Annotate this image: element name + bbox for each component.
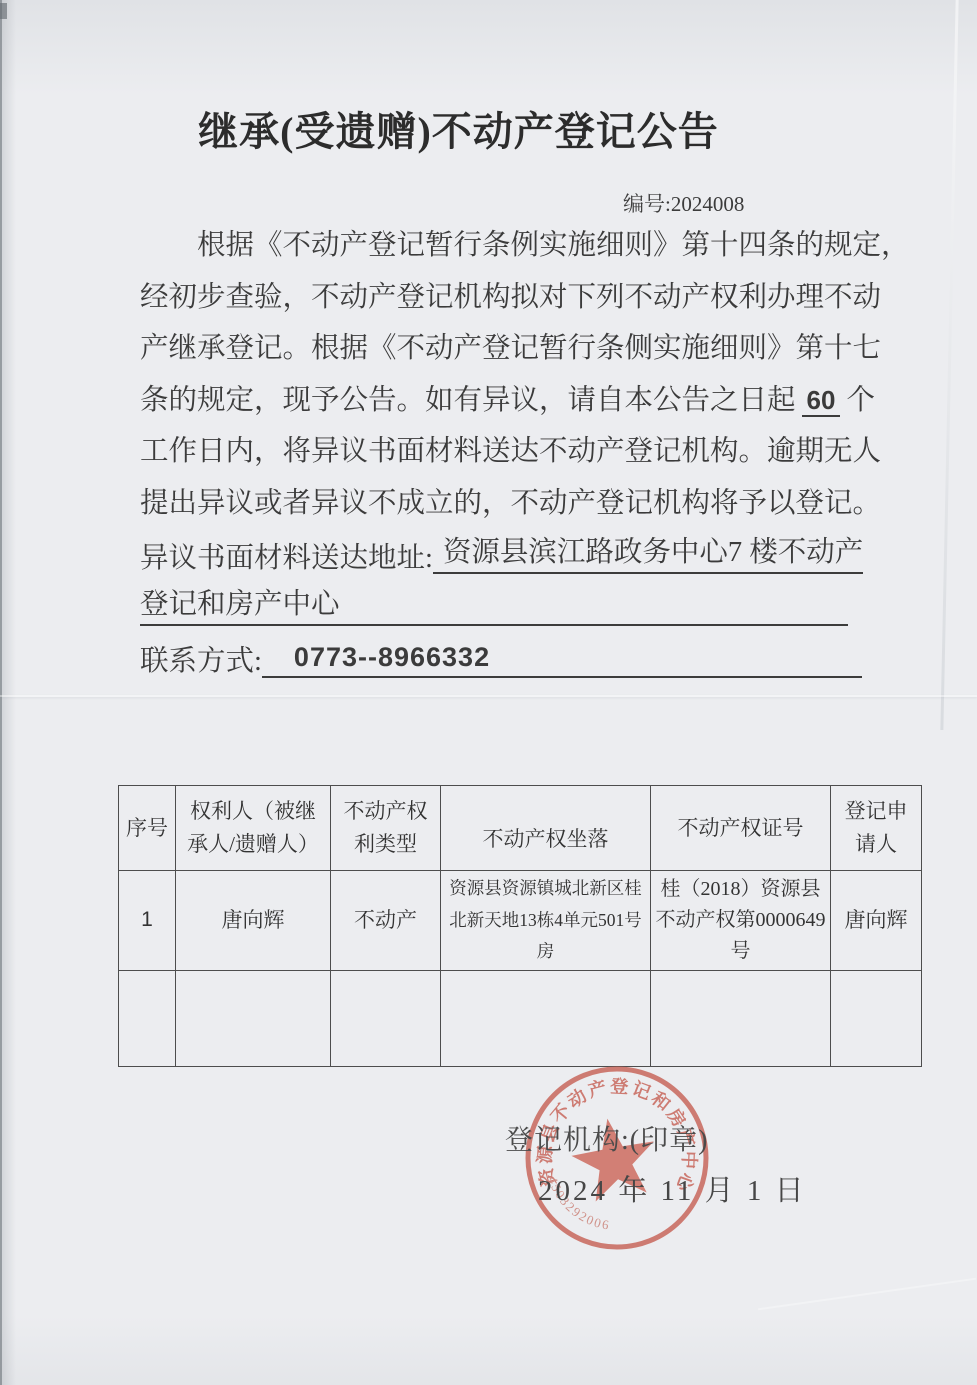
table-header-row: 序号 权利人（被继承人/遗赠人） 不动产权利类型 不动产权坐落 不动产权证号 登… xyxy=(119,786,922,871)
cell-seq: 1 xyxy=(119,871,176,971)
paper-crease-right xyxy=(940,0,958,730)
registration-table: 序号 权利人（被继承人/遗赠人） 不动产权利类型 不动产权坐落 不动产权证号 登… xyxy=(118,785,922,1067)
address-line-2-wrap: 登记和房产中心 xyxy=(140,581,862,633)
cell-empty xyxy=(831,970,922,1066)
cell-empty xyxy=(119,970,176,1066)
scan-shadow-top xyxy=(0,0,977,95)
table-row: 1 唐向辉 不动产 资源县资源镇城北新区桂北新天地13栋4单元501号房 桂（2… xyxy=(119,871,922,971)
address-label: 异议书面材料送达地址: xyxy=(140,535,433,576)
paper-fold-bottom-right xyxy=(758,1278,976,1311)
body-line-5: 工作日内，将异议书面材料送达不动产登记机构。逾期无人 xyxy=(140,426,862,478)
cell-rights-holder: 唐向辉 xyxy=(176,871,331,971)
cell-empty xyxy=(331,970,441,1066)
header-seq: 序号 xyxy=(119,786,176,871)
contact-label: 联系方式: xyxy=(140,638,262,679)
cell-cert-number: 桂（2018）资源县不动产权第0000649号 xyxy=(651,871,831,971)
contact-line: 联系方式: 0773--8966332 xyxy=(140,633,862,685)
cell-right-type: 不动产 xyxy=(331,871,441,971)
paper-fold-horizontal xyxy=(0,695,977,697)
body-line-2: 经初步查验，不动产登记机构拟对下列不动产权利办理不动 xyxy=(140,272,862,324)
notice-body: 根据《不动产登记暂行条例实施细则》第十四条的规定， 经初步查验，不动产登记机构拟… xyxy=(140,220,862,684)
body-line-4-suffix: 个 xyxy=(846,385,875,416)
table-row-empty xyxy=(119,970,922,1066)
header-right-type: 不动产权利类型 xyxy=(331,786,441,871)
cell-empty xyxy=(441,970,651,1066)
body-line-3: 产继承登记。根据《不动产登记暂行条侧实施细则》第十七 xyxy=(140,323,862,375)
scan-shadow-bottom xyxy=(0,1315,977,1385)
scan-corner-mark xyxy=(0,3,7,19)
scan-left-shadow xyxy=(0,0,16,1385)
header-applicant: 登记申请人 xyxy=(831,786,922,871)
cell-applicant: 唐向辉 xyxy=(831,871,922,971)
address-value-underlined: 资源县滨江路政务中心7 楼不动产 xyxy=(433,536,863,574)
registration-agency-label: 登记机构:(印章) xyxy=(505,1118,708,1158)
page-title: 继承(受遗赠)不动产登记公告 xyxy=(0,100,917,157)
body-line-4-text: 条的规定，现予公告。如有异议，请自本公告之日起 xyxy=(140,385,796,416)
cell-empty xyxy=(651,970,831,1066)
address-line-2-underlined: 登记和房产中心 xyxy=(140,588,848,626)
contact-value-underlined: 0773--8966332 xyxy=(262,640,862,678)
header-location: 不动产权坐落 xyxy=(441,786,651,871)
cell-location: 资源县资源镇城北新区桂北新天地13栋4单元501号房 xyxy=(441,871,651,971)
header-cert-number: 不动产权证号 xyxy=(651,786,831,871)
issue-date: 2024 年 11 月 1 日 xyxy=(538,1168,807,1209)
official-seal: 资源县不动产登记和房产中心 4503292006122 xyxy=(517,1058,717,1258)
objection-days-value: 60 xyxy=(802,385,841,417)
body-line-4: 条的规定，现予公告。如有异议，请自本公告之日起60个 xyxy=(140,375,862,427)
body-line-6: 提出异议或者异议不成立的，不动产登记机构将予以登记。 xyxy=(140,478,862,530)
scanned-notice-page: 继承(受遗赠)不动产登记公告 编号:2024008 根据《不动产登记暂行条例实施… xyxy=(0,0,977,1385)
phone-number: 0773--8966332 xyxy=(272,642,490,672)
scan-left-edge xyxy=(0,0,2,1385)
cell-empty xyxy=(176,970,331,1066)
body-line-1: 根据《不动产登记暂行条例实施细则》第十四条的规定， xyxy=(140,220,862,272)
header-rights-holder: 权利人（被继承人/遗赠人） xyxy=(176,786,331,871)
address-line: 异议书面材料送达地址: 资源县滨江路政务中心7 楼不动产 xyxy=(140,530,862,582)
document-number: 编号:2024008 xyxy=(623,188,744,218)
